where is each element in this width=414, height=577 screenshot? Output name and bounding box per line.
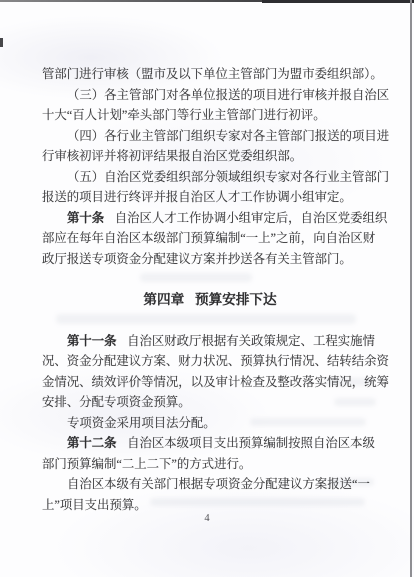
line-text: 自治区本级项目支出预算编制按照自治区本级	[127, 436, 375, 450]
text-line: 金情况、绩效评价等情况，以及审计检查及整改落实情况，统筹	[42, 372, 378, 393]
line-text: 专项资金采用项目法分配。	[67, 416, 216, 430]
line-text: 管部门进行审核（盟市及以下单位主管部门为盟市委组织部）。	[42, 67, 383, 81]
line-text: 安排、分配专项资金预算。	[42, 395, 191, 409]
line-text: 况、资金分配建议方案、财力状况、预算执行情况、结转结余资	[42, 354, 389, 368]
text-line: （五）自治区党委组织部分领域组织专家对各行业主管部门	[42, 167, 378, 188]
text-line: 第十条自治区人才工作协调小组审定后，自治区党委组织	[42, 208, 378, 229]
text-line: 第十二条自治区本级项目支出预算编制按照自治区本级	[42, 433, 378, 454]
line-text: 自治区人才工作协调小组审定后，自治区党委组织	[115, 211, 388, 225]
line-text: 报送的项目进行终评并报自治区人才工作协调小组审定。	[42, 190, 352, 204]
scan-edge-top-line-segment	[262, 0, 414, 3]
line-text: 自治区财政厅根据有关政策规定、工程实施情	[127, 334, 375, 348]
chapter-heading: 第四章预算安排下达	[42, 290, 378, 311]
line-text: 自治区本级有关部门根据专项资金分配建议方案报送“一	[67, 477, 370, 491]
line-text: （四）各行业主管部门组织专家对各主管部门报送的项目进	[67, 129, 389, 143]
article-number: 第十一条	[67, 334, 117, 348]
page-number: 4	[0, 512, 414, 526]
text-line: 部门预算编制“二上二下”的方式进行。	[42, 454, 378, 475]
scan-edge-left-mark	[0, 38, 3, 47]
line-text: 政厅报送专项资金分配建议方案并抄送各有关主管部门。	[42, 252, 352, 266]
text-line: 报送的项目进行终评并报自治区人才工作协调小组审定。	[42, 187, 378, 208]
text-line: 况、资金分配建议方案、财力状况、预算执行情况、结转结余资	[42, 351, 378, 372]
scan-edge-right-line	[410, 0, 412, 577]
scanned-document-page: 管部门进行审核（盟市及以下单位主管部门为盟市委组织部）。（三）各主管部门对各单位…	[0, 0, 414, 577]
line-text: 十大“百人计划”牵头部门等行业主管部门进行初评。	[42, 108, 326, 122]
article-number: 第四章	[143, 292, 184, 307]
line-text: 预算安排下达	[195, 292, 277, 307]
line-text: 行审核初评并将初评结果报自治区党委组织部。	[42, 149, 302, 163]
document-body: 管部门进行审核（盟市及以下单位主管部门为盟市委组织部）。（三）各主管部门对各单位…	[42, 64, 378, 515]
text-line: （三）各主管部门对各单位报送的项目进行审核并报自治区	[42, 85, 378, 106]
text-line: 管部门进行审核（盟市及以下单位主管部门为盟市委组织部）。	[42, 64, 378, 85]
line-text: （三）各主管部门对各单位报送的项目进行审核并报自治区	[67, 88, 389, 102]
text-line: 政厅报送专项资金分配建议方案并抄送各有关主管部门。	[42, 249, 378, 270]
blank-line	[42, 269, 378, 290]
line-text: 部门预算编制“二上二下”的方式进行。	[42, 457, 251, 471]
line-text: （五）自治区党委组织部分领域组织专家对各行业主管部门	[67, 170, 389, 184]
text-line: 专项资金采用项目法分配。	[42, 413, 378, 434]
text-line: 部应在每年自治区本级部门预算编制“一上”之前，向自治区财	[42, 228, 378, 249]
line-text: 部应在每年自治区本级部门预算编制“一上”之前，向自治区财	[42, 231, 375, 245]
article-number: 第十条	[67, 211, 104, 225]
blank-line	[42, 310, 378, 331]
article-number: 第十二条	[67, 436, 117, 450]
text-line: 十大“百人计划”牵头部门等行业主管部门进行初评。	[42, 105, 378, 126]
text-line: 自治区本级有关部门根据专项资金分配建议方案报送“一	[42, 474, 378, 495]
text-line: 安排、分配专项资金预算。	[42, 392, 378, 413]
line-text: 上”项目支出预算。	[42, 498, 147, 512]
text-line: 行审核初评并将初评结果报自治区党委组织部。	[42, 146, 378, 167]
text-line: 第十一条自治区财政厅根据有关政策规定、工程实施情	[42, 331, 378, 352]
line-text: 金情况、绩效评价等情况，以及审计检查及整改落实情况，统筹	[42, 375, 389, 389]
text-line: （四）各行业主管部门组织专家对各主管部门报送的项目进	[42, 126, 378, 147]
